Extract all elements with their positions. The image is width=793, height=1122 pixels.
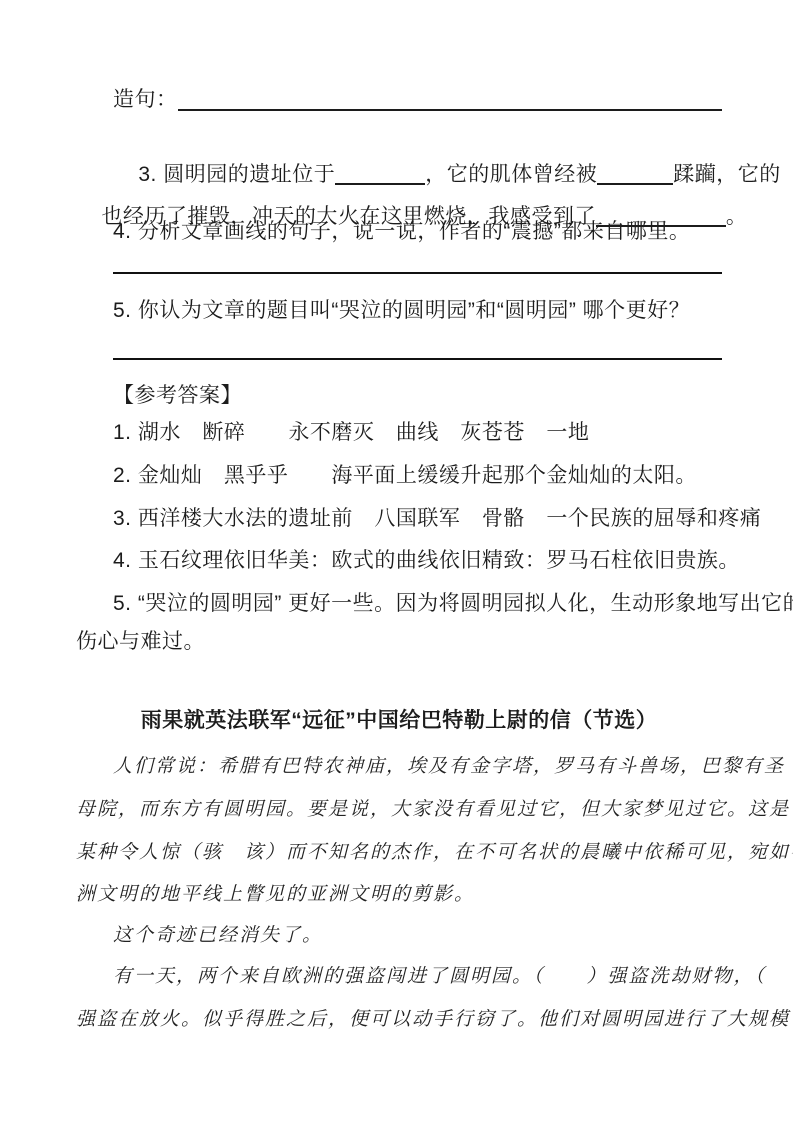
answer-5-line-1: 5. “哭泣的圆明园” 更好一些。因为将圆明园拟人化，生动形象地写出它的 <box>113 590 722 618</box>
worksheet-page: 造句： 3. 圆明园的遗址位于，它的肌体曾经被蹂躏，它的 也经历了摧毁，冲天的大… <box>0 0 793 1122</box>
question-3-line-2-period: 。 <box>726 205 748 228</box>
question-4: 4. 分析文章画线的句子，说一说，作者的“震撼”都来自哪里。 <box>113 218 722 246</box>
letter-paragraph-3-line-2: 强盗在放火。似乎得胜之后，便可以动手行窃了。他们对圆明园进行了大规模 <box>76 1005 722 1033</box>
letter-paragraph-1-line-1: 人们常说：希腊有巴特农神庙，埃及有金字塔，罗马有斗兽场，巴黎有圣 <box>113 752 722 780</box>
question-3-line-2: 也经历了摧毁，冲天的大火在这里燃烧，我感受到了。 <box>76 175 722 259</box>
letter-paragraph-1-line-2: 母院，而东方有圆明园。要是说，大家没有看见过它，但大家梦见过它。这是 <box>76 795 722 823</box>
answer-1: 1. 湖水 断碎 永不磨灭 曲线 灰苍苍 一地 <box>113 419 722 447</box>
zaoju-line: 造句： <box>113 86 722 114</box>
answer-5-line-2: 伤心与难过。 <box>76 628 722 656</box>
answer-3: 3. 西洋楼大水法的遗址前 八国联军 骨骼 一个民族的屈辱和疼痛 <box>113 505 722 533</box>
letter-paragraph-3-line-1: 有一天，两个来自欧洲的强盗闯进了圆明园。（ ）强盗洗劫财物，（ ） <box>113 962 722 990</box>
question-5: 5. 你认为文章的题目叫“哭泣的圆明园”和“圆明园” 哪个更好？ <box>113 297 722 325</box>
answer-rule-1 <box>113 272 722 274</box>
letter-paragraph-1-line-4: 洲文明的地平线上瞥见的亚洲文明的剪影。 <box>76 880 722 908</box>
answer-2: 2. 金灿灿 黑乎乎 海平面上缓缓升起那个金灿灿的太阳。 <box>113 462 722 490</box>
letter-paragraph-1-line-3: 某种令人惊（骇 该）而不知名的杰作，在不可名状的晨曦中依稀可见，宛如在欧 <box>76 838 722 866</box>
letter-title: 雨果就英法联军“远征”中国给巴特勒上尉的信（节选） <box>76 704 722 734</box>
answer-rule-2 <box>113 358 722 360</box>
answers-header: 【参考答案】 <box>113 382 722 410</box>
zaoju-blank-line <box>178 109 723 111</box>
letter-paragraph-2: 这个奇迹已经消失了。 <box>113 921 722 949</box>
zaoju-label: 造句： <box>113 86 178 114</box>
answer-4: 4. 玉石纹理依旧华美：欧式的曲线依旧精致：罗马石柱依旧贵族。 <box>113 547 722 575</box>
